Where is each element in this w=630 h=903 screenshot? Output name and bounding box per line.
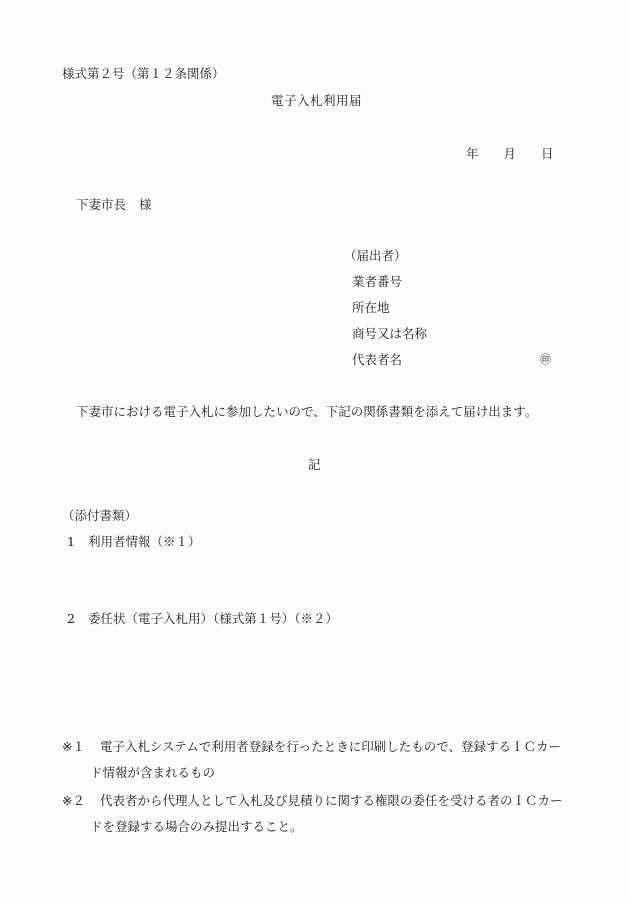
- footnote-text-line2: ド情報が含まれるもの: [62, 767, 582, 793]
- attachment-number: 2: [67, 613, 88, 626]
- date-day-label: 日: [541, 148, 554, 161]
- body-text: 下妻市における電子入札に参加したいので、下記の関係書類を添えて届け出ます。: [76, 406, 537, 419]
- footnote-mark: ※１: [62, 741, 100, 754]
- addressee-honorific: 様: [139, 197, 152, 212]
- attachment-item: 1利用者情報（※１）: [67, 536, 201, 549]
- attachment-text: 利用者情報（※１）: [88, 534, 201, 549]
- attachment-item: 2委任状（電子入札用）（様式第１号）（※２）: [67, 613, 338, 626]
- field-label-address: 所在地: [352, 302, 390, 315]
- footnote-mark: ※２: [62, 795, 100, 808]
- footnote-text-line1: 代表者から代理人として入札及び見積りに関する権限の委任を受ける者のＩＣカー: [100, 793, 563, 808]
- addressee: 下妻市長様: [76, 199, 152, 212]
- form-number: 様式第２号（第１２条関係）: [62, 68, 225, 81]
- date-month-label: 月: [504, 148, 517, 161]
- field-label-representative: 代表者名: [352, 354, 402, 367]
- page-title: 電子入札利用届: [271, 95, 362, 108]
- field-label-vendor-number: 業者番号: [352, 276, 402, 289]
- field-label-company-name: 商号又は名称: [352, 328, 427, 341]
- attachment-number: 1: [67, 536, 88, 549]
- date-year-label: 年: [466, 148, 479, 161]
- footnote-2: ※２代表者から代理人として入札及び見積りに関する権限の委任を受ける者のＩＣカー …: [62, 795, 582, 847]
- seal-icon: ㊞: [540, 354, 551, 365]
- addressee-name: 下妻市長: [76, 197, 126, 212]
- attachments-heading: （添付書類）: [62, 510, 137, 523]
- ki-heading: 記: [308, 459, 321, 472]
- date-line: 年月日: [466, 148, 554, 161]
- footnote-text-line1: 電子入札システムで利用者登録を行ったときに印刷したもので、登録するＩＣカー: [100, 739, 561, 754]
- attachment-text: 委任状（電子入札用）（様式第１号）（※２）: [88, 611, 338, 626]
- footnote-text-line2: ドを登録する場合のみ提出すること。: [62, 821, 582, 847]
- footnote-1: ※１電子入札システムで利用者登録を行ったときに印刷したもので、登録するＩＣカー …: [62, 741, 582, 793]
- applicant-heading: （届出者）: [344, 250, 407, 263]
